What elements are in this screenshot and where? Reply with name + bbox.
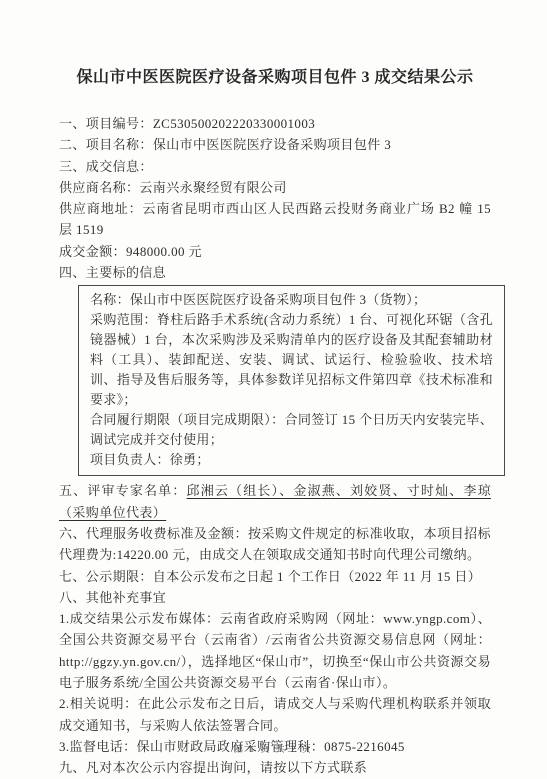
supplier-address-line: 供应商地址：云南省昆明市西山区人民西路云投财务商业广场 B2 幢 15 层 15… [59,198,491,241]
deal-info-heading: 三、成交信息： [59,156,491,177]
subject-box-paragraph: 名称：保山市中医医院医疗设备采购项目包件 3（货物）； [90,290,493,310]
project-name-line: 二、项目名称：保山市中医医院医疗设备采购项目包件 3 [59,134,491,155]
page-footer: 第 1 页 共 2 页 [0,742,547,755]
other-matters-item: 2.相关说明：在此公示发布之日后，请成交人与采购代理机构联系并领取成交通知书，与… [59,693,491,736]
document-page: 保山市中医医院医疗设备采购项目包件 3 成交结果公示 一、项目编号：ZC5305… [0,0,547,779]
deal-amount-value: 948000.00 元 [126,244,202,259]
subject-box-paragraph: 合同履行期限（项目完成期限）：合同签订 15 个日历天内安装完毕、调试完成并交付… [90,410,493,450]
project-name-label: 二、项目名称： [59,137,153,152]
publicity-period-line: 七、公示期限：自本公示发布之日起 1 个工作日（2022 年 11 月 15 日… [59,566,491,587]
supplier-name-line: 供应商名称：云南兴永聚经贸有限公司 [59,177,491,198]
subject-box-paragraph: 采购范围：脊柱后路手术系统(含动力系统）1 台、可视化环锯（含孔镜器械）1 台，… [90,310,493,410]
subject-info-box: 名称：保山市中医医院医疗设备采购项目包件 3（货物）； 采购范围：脊柱后路手术系… [78,285,505,476]
agency-fee-line: 六、代理服务收费标准及金额：按采购文件规定的标准收取，本项目招标代理费为:142… [59,523,491,566]
document-content: 保山市中医医院医疗设备采购项目包件 3 成交结果公示 一、项目编号：ZC5305… [59,64,491,779]
page-title: 保山市中医医院医疗设备采购项目包件 3 成交结果公示 [59,64,491,87]
other-matters-heading: 八、其他补充事宜 [59,587,491,608]
other-matters-item: 1.成交结果公示发布媒体：云南省政府采购网（网址：www.yngp.com）、全… [59,608,491,693]
supplier-name-value: 云南兴永聚经贸有限公司 [139,180,286,195]
contact-heading: 九、凡对本次公示内容提出询问，请按以下方式联系 [59,757,491,778]
subject-info-heading: 四、主要标的信息 [59,262,491,283]
supplier-name-label: 供应商名称： [59,180,139,195]
project-number-line: 一、项目编号：ZC530500202220330001003 [59,113,491,134]
subject-box-paragraph: 项目负责人：徐勇； [90,450,493,470]
project-number-label: 一、项目编号： [59,116,153,131]
supplier-address-label: 供应商地址： [59,201,143,216]
deal-amount-line: 成交金额：948000.00 元 [59,241,491,262]
project-number-value: ZC530500202220330001003 [153,116,315,131]
deal-amount-label: 成交金额： [59,244,126,259]
project-name-value: 保山市中医医院医疗设备采购项目包件 3 [153,137,391,152]
experts-line: 五、评审专家名单：邱湘云（组长）、金淑燕、刘姣贤、寸时灿、李琼（采购单位代表） [59,480,491,523]
experts-label: 五、评审专家名单： [59,483,187,498]
